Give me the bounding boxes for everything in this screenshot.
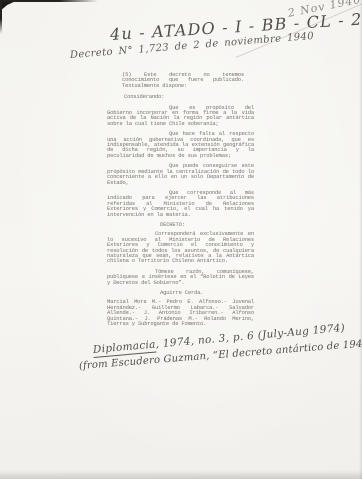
decreto-heading: DECRETO: (160, 222, 254, 227)
scan-edge-line-left (0, 0, 2, 34)
considerando-paragraph: Que corresponde al más indicado para eje… (107, 190, 254, 217)
scan-edge-line-top (0, 0, 98, 2)
scanned-document-page: 2 Nov 1940 4u - ATADO - I - BB - CL - 22… (0, 0, 362, 479)
signature-line: Aguirre Cerda. (160, 290, 254, 295)
considerando-paragraph: Que es propósito del Gobierno incorporar… (107, 105, 254, 127)
decree-paragraph: Corresponderá exclusivamente en lo suces… (107, 231, 254, 263)
footnote-paragraph: (5) Este decreto no tenemos conocimiento… (122, 72, 244, 88)
considerando-paragraph: Que puede conseguirse este propósito med… (107, 163, 254, 185)
scan-shadow-bottom (0, 470, 362, 479)
decree-paragraph: Tómese razón, comuníquese, publíquese e … (107, 269, 254, 285)
considerando-paragraph: Que hace falta al respecto una acción gu… (107, 131, 254, 158)
considerando-heading: Considerando: (124, 94, 254, 99)
typed-decree-text-column: (5) Este decreto no tenemos conocimiento… (107, 72, 254, 331)
ministers-signatures-paragraph: Marcial Mora M.- Pedro E. Alfonso.- Juve… (107, 299, 254, 326)
